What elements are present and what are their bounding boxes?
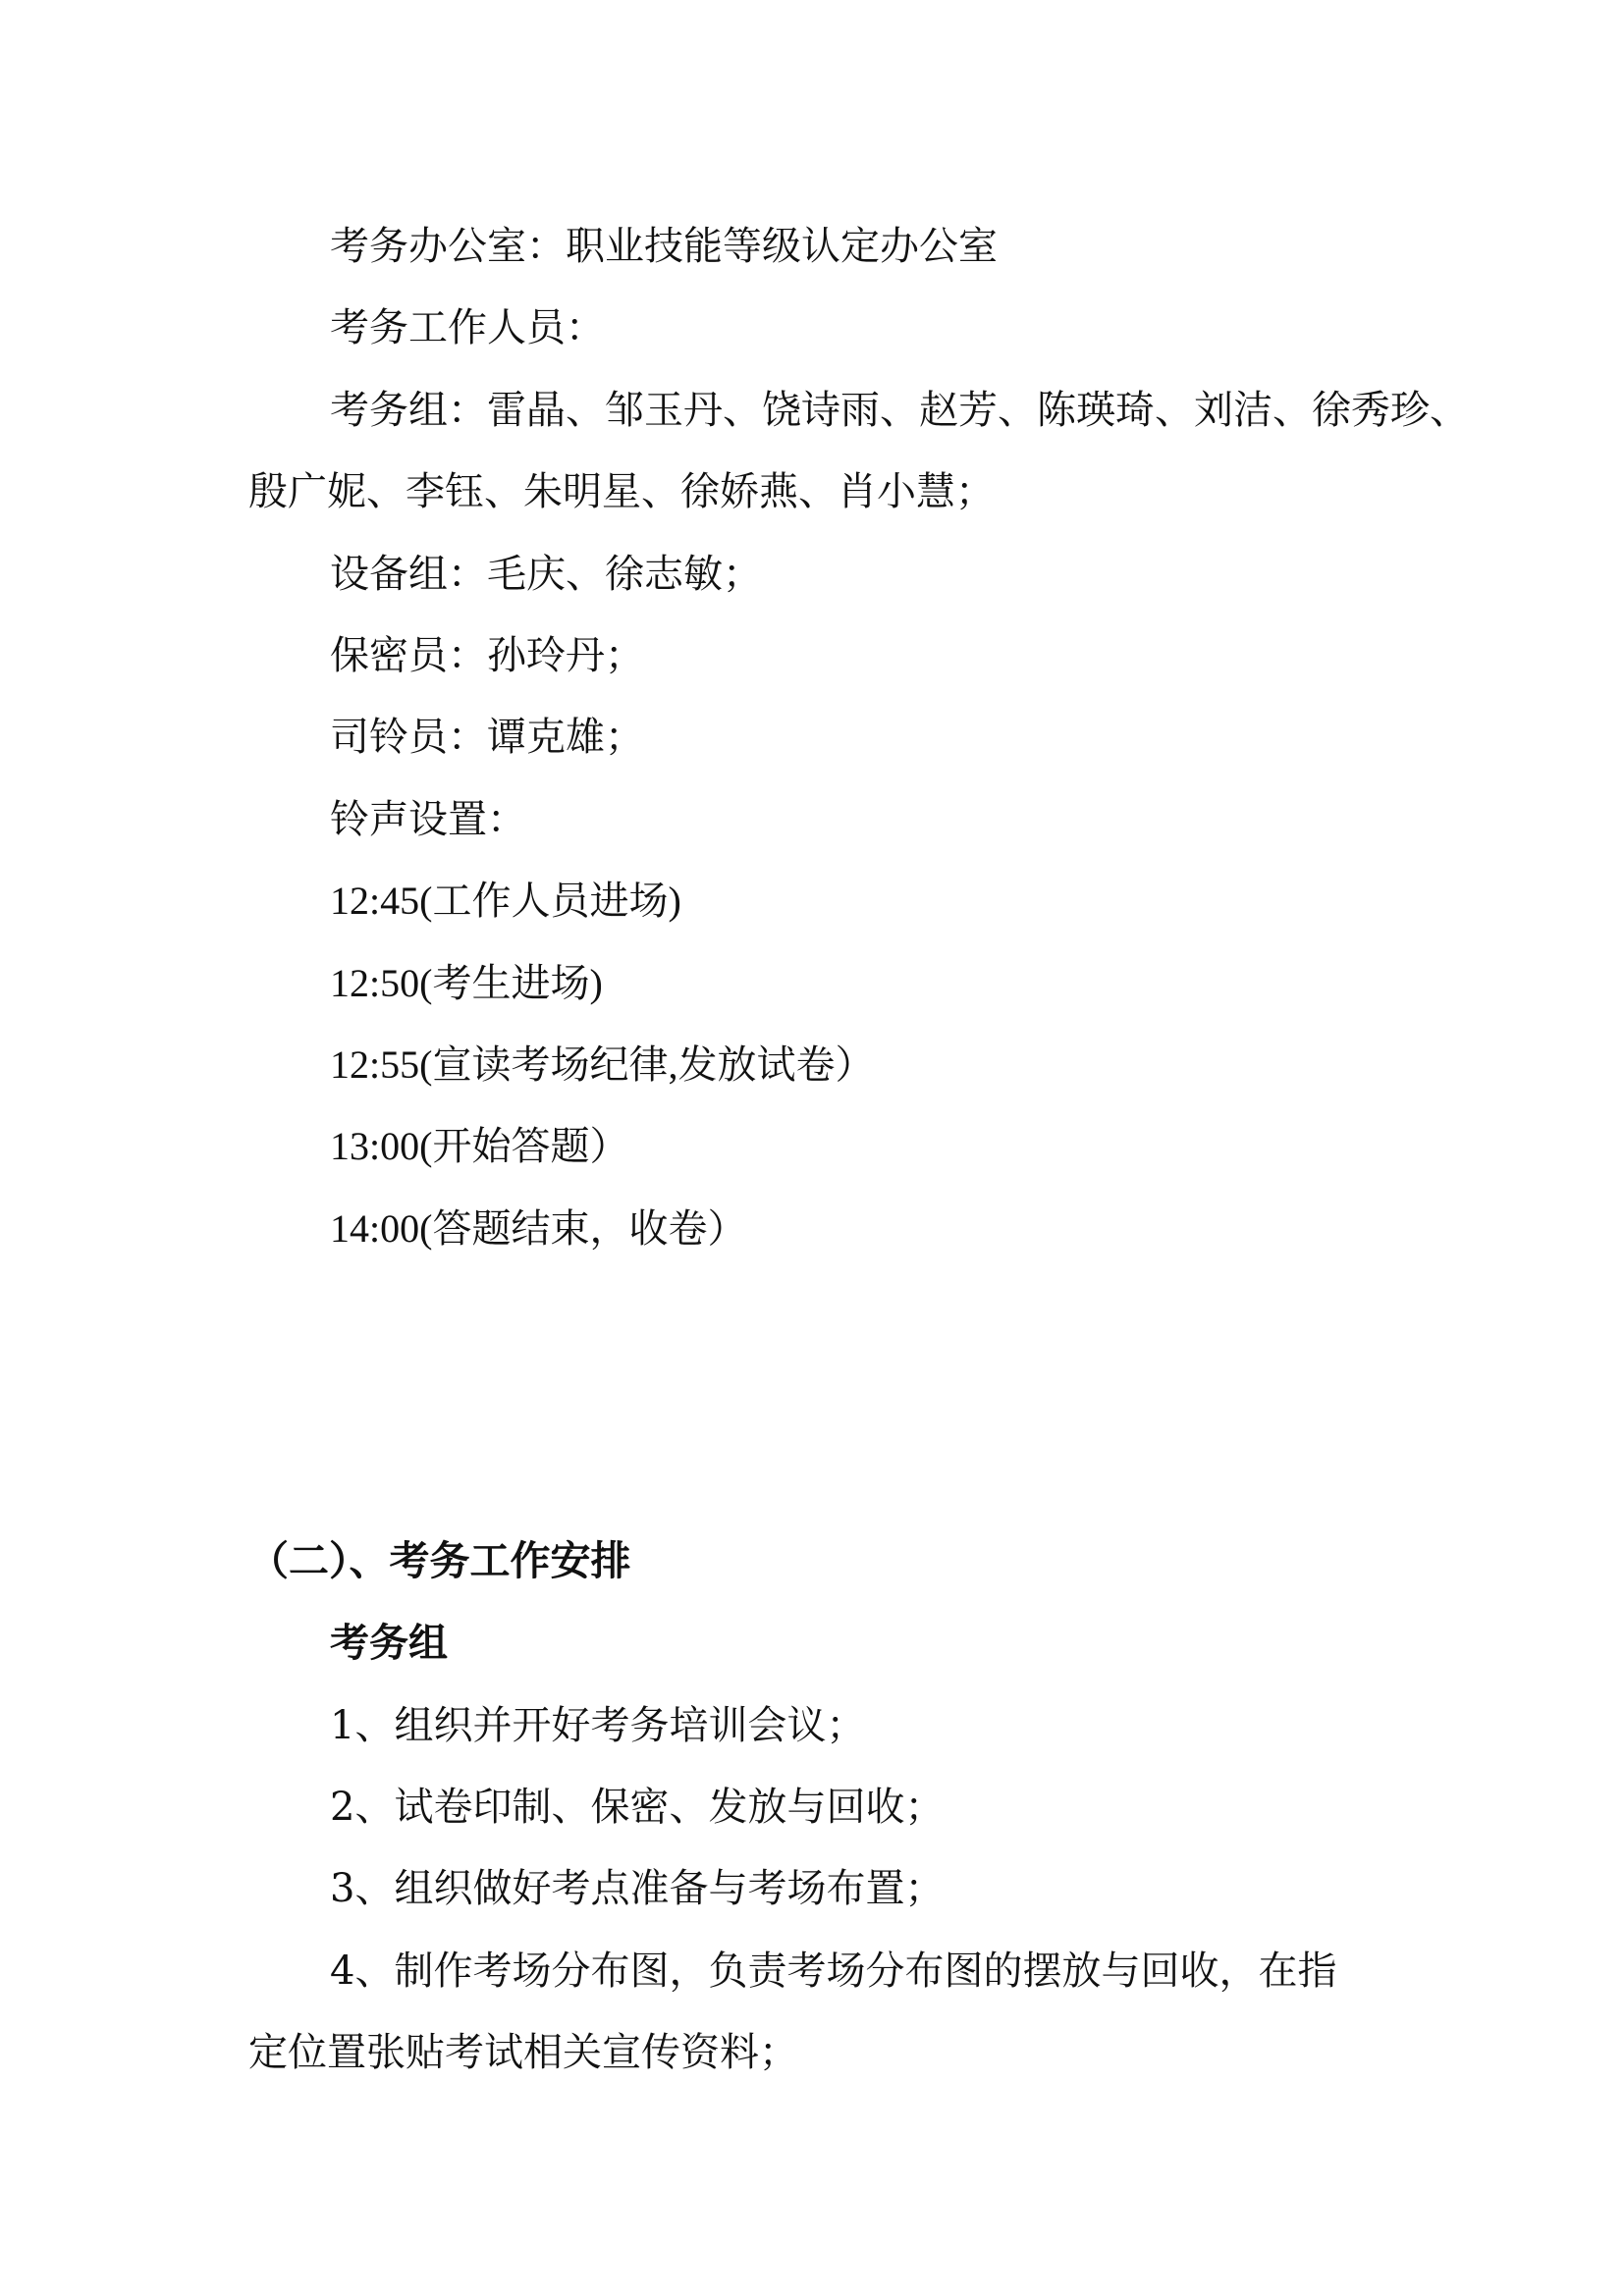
exam-group-line-1: 考务组：雷晶、邹玉丹、饶诗雨、赵芳、陈瑛琦、刘洁、徐秀珍、: [330, 388, 1469, 433]
bell-description: (答题结束，收卷）: [419, 1206, 746, 1251]
document-page: 考务办公室：职业技能等级认定办公室 考务工作人员： 考务组：雷晶、邹玉丹、饶诗雨…: [0, 0, 1624, 2296]
bell-description: (开始答题）: [419, 1124, 628, 1168]
bell-schedule-item: 12:50(考生进场): [330, 961, 603, 1006]
bell-schedule-item: 12:45(工作人员进场): [330, 879, 681, 924]
bell-schedule-item: 12:55(宣读考场纪律,发放试卷）: [330, 1042, 874, 1088]
bell-time: 12:50: [330, 961, 419, 1005]
bell-description: (工作人员进场): [419, 879, 681, 923]
bell-settings-label: 铃声设置：: [330, 797, 526, 842]
confidentiality-officer-line: 保密员：孙玲丹；: [330, 633, 644, 678]
task-item: 1、组织并开好考务培训会议；: [330, 1703, 865, 1748]
task-item-4-line-1: 4、制作考场分布图，负责考场分布图的摆放与回收，在指: [330, 1949, 1336, 1994]
task-item: 3、组织做好考点准备与考场布置；: [330, 1866, 944, 1911]
bell-time: 12:55: [330, 1042, 419, 1087]
bell-description: (考生进场): [419, 961, 603, 1005]
exam-group-line-2: 殷广妮、李钰、朱明星、徐娇燕、肖小慧；: [248, 469, 995, 514]
task-item-4-line-2: 定位置张贴考试相关宣传资料；: [248, 2030, 798, 2075]
exam-office-line: 考务办公室：职业技能等级认定办公室: [330, 224, 998, 269]
bell-schedule-item: 13:00(开始答题）: [330, 1124, 628, 1169]
section-heading: （二）、考务工作安排: [248, 1538, 631, 1583]
bell-schedule-item: 14:00(答题结束，收卷）: [330, 1206, 746, 1252]
section-subheading: 考务组: [330, 1621, 448, 1666]
equipment-group-line: 设备组：毛庆、徐志敏；: [330, 552, 762, 597]
bell-ringer-line: 司铃员：谭克雄；: [330, 715, 644, 760]
bell-time: 14:00: [330, 1206, 419, 1251]
bell-time: 13:00: [330, 1124, 419, 1168]
task-item: 2、试卷印制、保密、发放与回收；: [330, 1785, 944, 1830]
bell-time: 12:45: [330, 879, 419, 923]
bell-description: (宣读考场纪律,发放试卷）: [419, 1042, 874, 1087]
staff-label: 考务工作人员：: [330, 305, 605, 350]
